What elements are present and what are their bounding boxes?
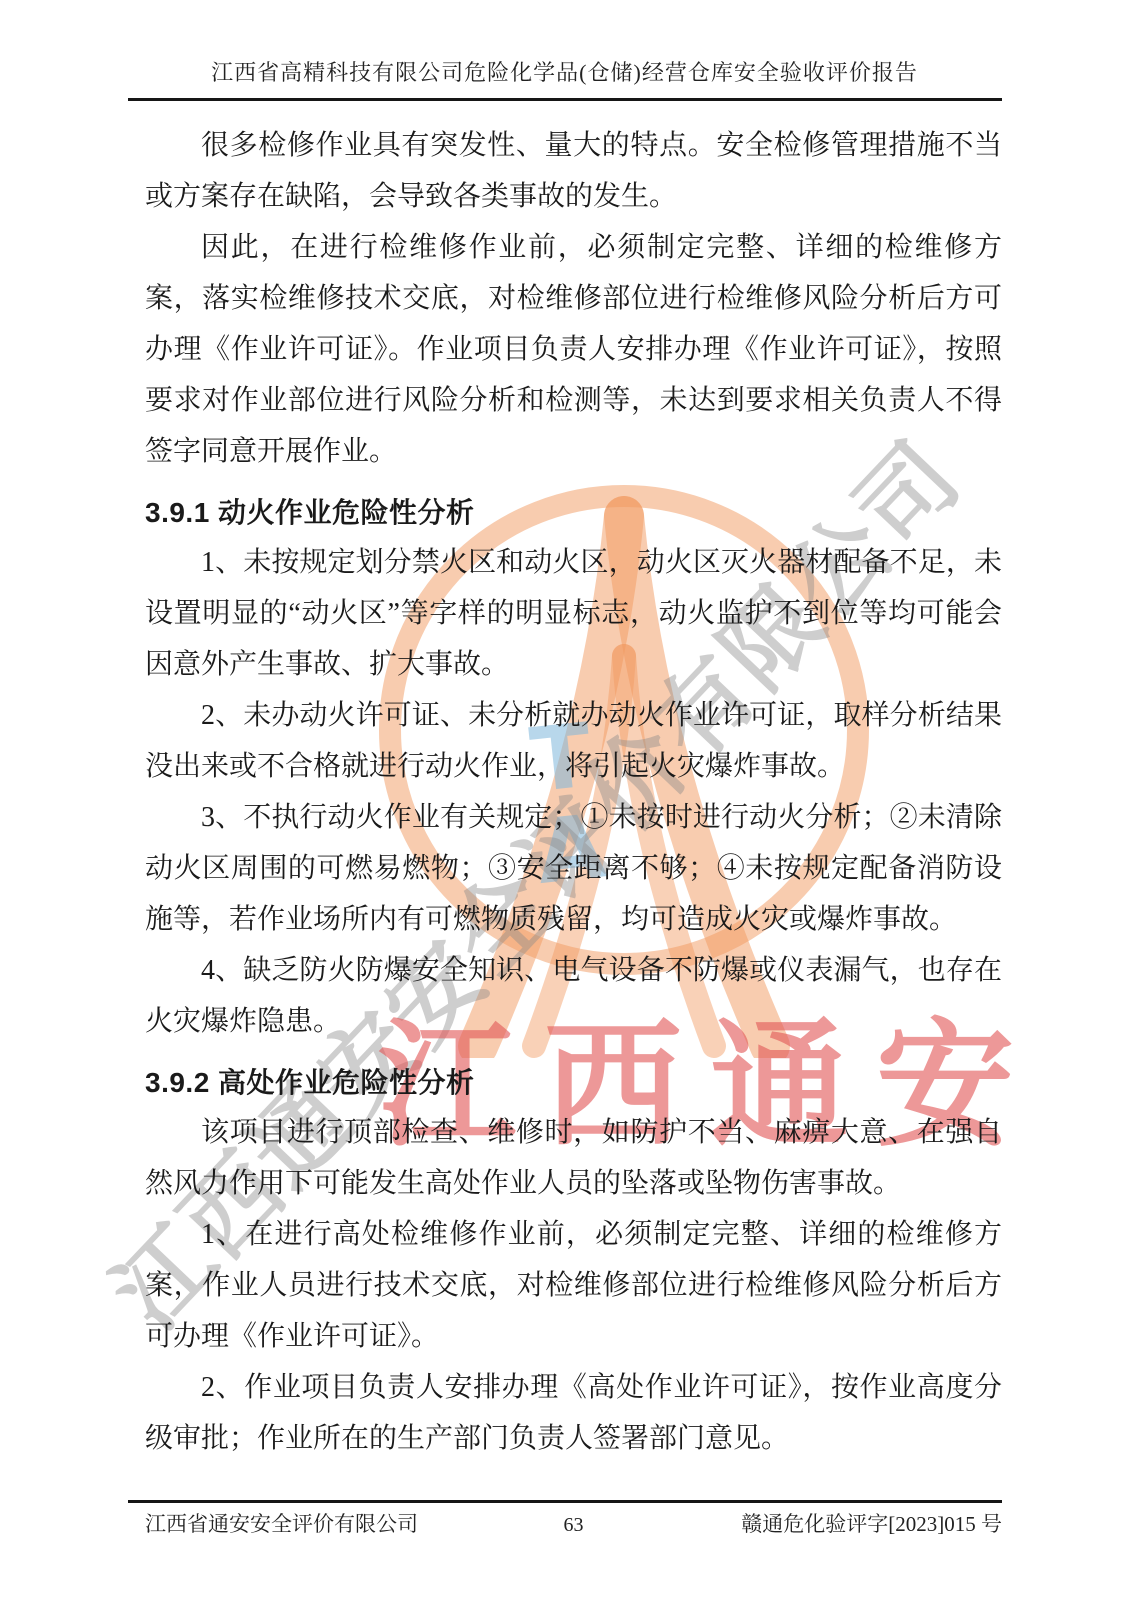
report-header-title: 江西省高精科技有限公司危险化学品(仓储)经营仓库安全验收评价报告 — [0, 56, 1129, 87]
section-heading: 3.9.1 动火作业危险性分析 — [145, 489, 1002, 537]
section-heading: 3.9.2 高处作业危险性分析 — [145, 1059, 1002, 1107]
footer-rule — [128, 1500, 1002, 1503]
page-footer: 江西省通安安全评价有限公司 63 赣通危化验评字[2023]015 号 — [145, 1508, 1002, 1538]
body-paragraph: 1、未按规定划分禁火区和动火区，动火区灭火器材配备不足，未设置明显的“动火区”等… — [145, 537, 1002, 690]
report-page: T A 江西通安安全评价有限公司 江西通安 江西省高精科技有限公司危险化学品(仓… — [0, 0, 1129, 1600]
document-body: 很多检修作业具有突发性、量大的特点。安全检修管理措施不当或方案存在缺陷，会导致各… — [145, 120, 1002, 1464]
body-paragraph: 4、缺乏防火防爆安全知识、电气设备不防爆或仪表漏气，也存在火灾爆炸隐患。 — [145, 945, 1002, 1047]
footer-page-number: 63 — [564, 1514, 584, 1537]
body-paragraph: 3、不执行动火作业有关规定；①未按时进行动火分析；②未清除动火区周围的可燃易燃物… — [145, 792, 1002, 945]
body-paragraph: 2、作业项目负责人安排办理《高处作业许可证》，按作业高度分级审批；作业所在的生产… — [145, 1362, 1002, 1464]
footer-doc-number: 赣通危化验评字[2023]015 号 — [584, 1508, 1003, 1538]
body-paragraph: 因此，在进行检维修作业前，必须制定完整、详细的检维修方案，落实检维修技术交底，对… — [145, 222, 1002, 477]
header-rule — [128, 98, 1002, 101]
body-paragraph: 很多检修作业具有突发性、量大的特点。安全检修管理措施不当或方案存在缺陷，会导致各… — [145, 120, 1002, 222]
footer-company: 江西省通安安全评价有限公司 — [145, 1508, 564, 1538]
body-paragraph: 2、未办动火许可证、未分析就办动火作业许可证，取样分析结果没出来或不合格就进行动… — [145, 690, 1002, 792]
body-paragraph: 该项目进行顶部检查、维修时，如防护不当、麻痹大意、在强自然风力作用下可能发生高处… — [145, 1107, 1002, 1209]
body-paragraph: 1、在进行高处检维修作业前，必须制定完整、详细的检维修方案，作业人员进行技术交底… — [145, 1209, 1002, 1362]
